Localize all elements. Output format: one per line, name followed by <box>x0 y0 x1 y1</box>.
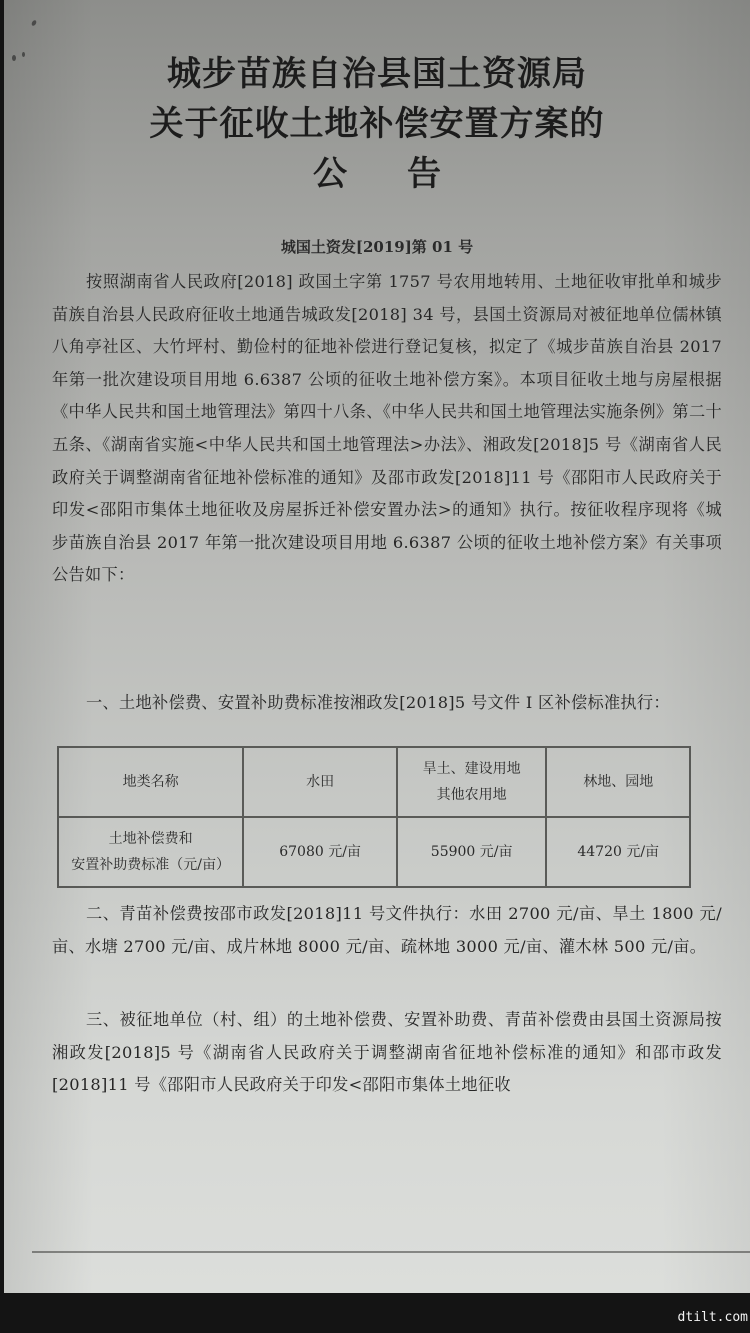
title-line-1: 城步苗族自治县国土资源局 <box>4 46 750 95</box>
intro-paragraph: 按照湖南省人民政府[2018] 政国土字第 1757 号农用地转用、土地征收审批… <box>52 266 722 592</box>
document-number: 城国土资发[2019]第 01 号 <box>4 236 750 257</box>
title-char-gong: 公 <box>313 146 347 195</box>
compensation-standard-table: 地类名称 水田 旱土、建设用地 其他农用地 林地、园地 土地补偿费和 安置补助费… <box>57 746 691 888</box>
row-label-line-2: 安置补助费标准（元/亩） <box>59 852 242 878</box>
row-label: 土地补偿费和 安置补助费标准（元/亩） <box>58 817 243 887</box>
item-3-paragraph: 三、被征地单位（村、组）的土地补偿费、安置补助费、青苗补偿费由县国土资源局按湘政… <box>52 1004 722 1102</box>
header-dry-land-line-2: 其他农用地 <box>398 782 546 808</box>
title-char-gao: 告 <box>407 146 441 195</box>
header-forest-land: 林地、园地 <box>546 747 690 817</box>
page-footer-rule <box>32 1251 750 1253</box>
header-dry-land-line-1: 旱土、建设用地 <box>398 756 546 782</box>
item-2-text: 二、青苗补偿费按邵市政发[2018]11 号文件执行：水田 2700 元/亩、旱… <box>52 898 722 963</box>
item-2-paragraph: 二、青苗补偿费按邵市政发[2018]11 号文件执行：水田 2700 元/亩、旱… <box>52 898 722 963</box>
intro-text: 按照湖南省人民政府[2018] 政国土字第 1757 号农用地转用、土地征收审批… <box>52 266 722 592</box>
header-dry-land: 旱土、建设用地 其他农用地 <box>397 747 547 817</box>
row-label-line-1: 土地补偿费和 <box>59 826 242 852</box>
item-1-text: 一、土地补偿费、安置补助费标准按湘政发[2018]5 号文件 I 区补偿标准执行… <box>52 687 722 720</box>
value-paddy-field: 67080 元/亩 <box>243 817 397 887</box>
value-forest-land: 44720 元/亩 <box>546 817 690 887</box>
value-dry-land: 55900 元/亩 <box>397 817 547 887</box>
table-row: 土地补偿费和 安置补助费标准（元/亩） 67080 元/亩 55900 元/亩 … <box>58 817 690 887</box>
paper-speck <box>31 19 37 26</box>
table-header-row: 地类名称 水田 旱土、建设用地 其他农用地 林地、园地 <box>58 747 690 817</box>
header-land-type: 地类名称 <box>58 747 243 817</box>
item-3-text: 三、被征地单位（村、组）的土地补偿费、安置补助费、青苗补偿费由县国土资源局按湘政… <box>52 1004 722 1102</box>
title-line-3: 公告 <box>4 146 750 195</box>
title-line-2: 关于征收土地补偿安置方案的 <box>4 96 750 145</box>
header-paddy-field: 水田 <box>243 747 397 817</box>
watermark: dtilt.com <box>678 1310 748 1325</box>
item-1-paragraph: 一、土地补偿费、安置补助费标准按湘政发[2018]5 号文件 I 区补偿标准执行… <box>52 687 722 720</box>
document-page: 城步苗族自治县国土资源局 关于征收土地补偿安置方案的 公告 城国土资发[2019… <box>4 0 750 1293</box>
